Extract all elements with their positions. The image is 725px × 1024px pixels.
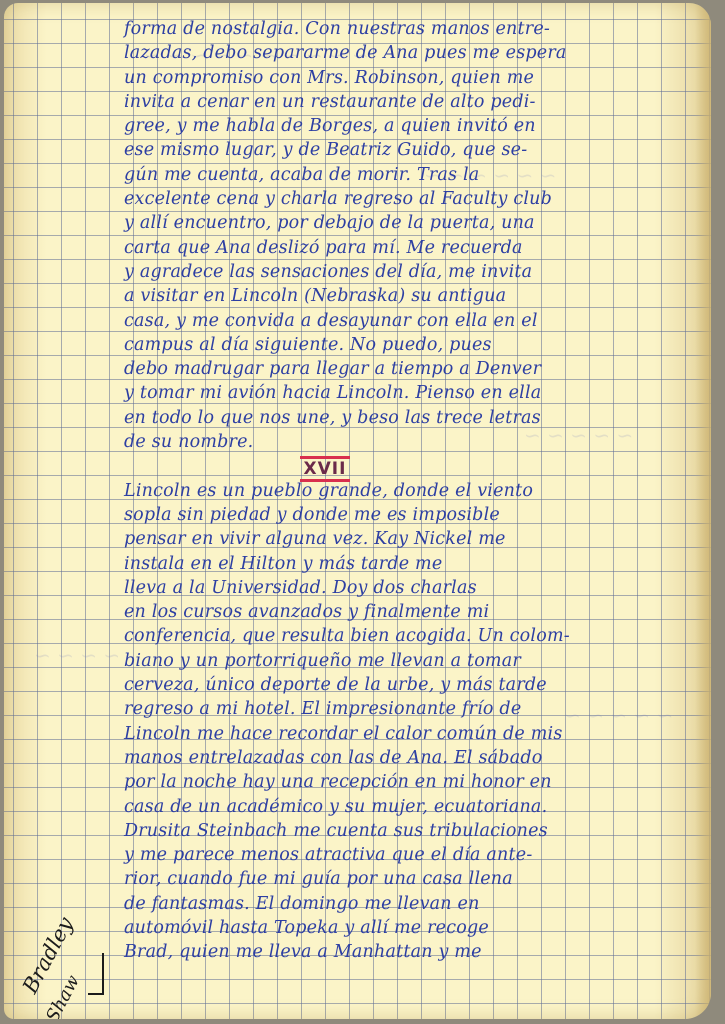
text-line: ese mismo lugar, y de Beatriz Guido, que… — [124, 138, 704, 162]
text-line: en los cursos avanzados y finalmente mi — [124, 600, 704, 624]
margin-annotation: Bradley Shaw — [12, 898, 122, 998]
text-line: Lincoln me hace recordar el calor común … — [124, 722, 704, 746]
text-line: biano y un portorriqueño me llevan a tom… — [124, 649, 704, 673]
text-line: Brad, quien me lleva a Manhattan y me — [124, 940, 704, 964]
text-line: casa de un académico y su mujer, ecuator… — [124, 795, 704, 819]
text-line: forma de nostalgia. Con nuestras manos e… — [124, 17, 704, 41]
text-line: sopla sin piedad y donde me es imposible — [124, 503, 704, 527]
text-line: y me parece menos atractiva que el día a… — [124, 843, 704, 867]
text-line: automóvil hasta Topeka y allí me recoge — [124, 916, 704, 940]
text-line: un compromiso con Mrs. Robinson, quien m… — [124, 66, 704, 90]
text-line: de fantasmas. El domingo me llevan en — [124, 892, 704, 916]
text-line: manos entrelazadas con las de Ana. El sá… — [124, 746, 704, 770]
text-line: gún me cuenta, acaba de morir. Tras la — [124, 163, 704, 187]
text-line: excelente cena y charla regreso al Facul… — [124, 187, 704, 211]
text-line: regreso a mi hotel. El impresionante frí… — [124, 697, 704, 721]
text-line: y agradece las sensaciones del día, me i… — [124, 260, 704, 284]
handwritten-text: forma de nostalgia. Con nuestras manos e… — [124, 17, 704, 965]
text-line: pensar en vivir alguna vez. Kay Nickel m… — [124, 527, 704, 551]
text-line: instala en el Hilton y más tarde me — [124, 552, 704, 576]
text-line: y tomar mi avión hacia Lincoln. Pienso e… — [124, 381, 704, 405]
text-line: carta que Ana deslizó para mí. Me recuer… — [124, 236, 704, 260]
text-line: campus al día siguiente. No puedo, pues — [124, 333, 704, 357]
text-line: conferencia, que resulta bien acogida. U… — [124, 624, 704, 648]
text-line: debo madrugar para llegar a tiempo a Den… — [124, 357, 704, 381]
chapter-heading-row: XVII — [124, 454, 704, 478]
text-line: Lincoln es un pueblo grande, donde el vi… — [124, 479, 704, 503]
text-line: gree, y me habla de Borges, a quien invi… — [124, 114, 704, 138]
text-line: lazadas, debo separarme de Ana pues me e… — [124, 41, 704, 65]
text-line: a visitar en Lincoln (Nebraska) su antig… — [124, 284, 704, 308]
text-line: y allí encuentro, por debajo de la puert… — [124, 211, 704, 235]
text-line: lleva a la Universidad. Doy dos charlas — [124, 576, 704, 600]
text-line: cerveza, único deporte de la urbe, y más… — [124, 673, 704, 697]
notebook-page: ~ ~ ~ ~ ~ ~ ~ ~ ~ ~ ~ ~ ~ ~ ~ ~ ~ ~ ~ ~ … — [4, 3, 711, 1019]
text-line: en todo lo que nos une, y beso las trece… — [124, 406, 704, 430]
text-line: de su nombre. — [124, 430, 704, 454]
text-line: rior, cuando fue mi guía por una casa ll… — [124, 867, 704, 891]
text-line: Drusita Steinbach me cuenta sus tribulac… — [124, 819, 704, 843]
text-line: por la noche hay una recepción en mi hon… — [124, 770, 704, 794]
text-line: invita a cenar en un restaurante de alto… — [124, 90, 704, 114]
text-line: casa, y me convida a desayunar con ella … — [124, 309, 704, 333]
margin-bracket-mark — [88, 953, 104, 995]
